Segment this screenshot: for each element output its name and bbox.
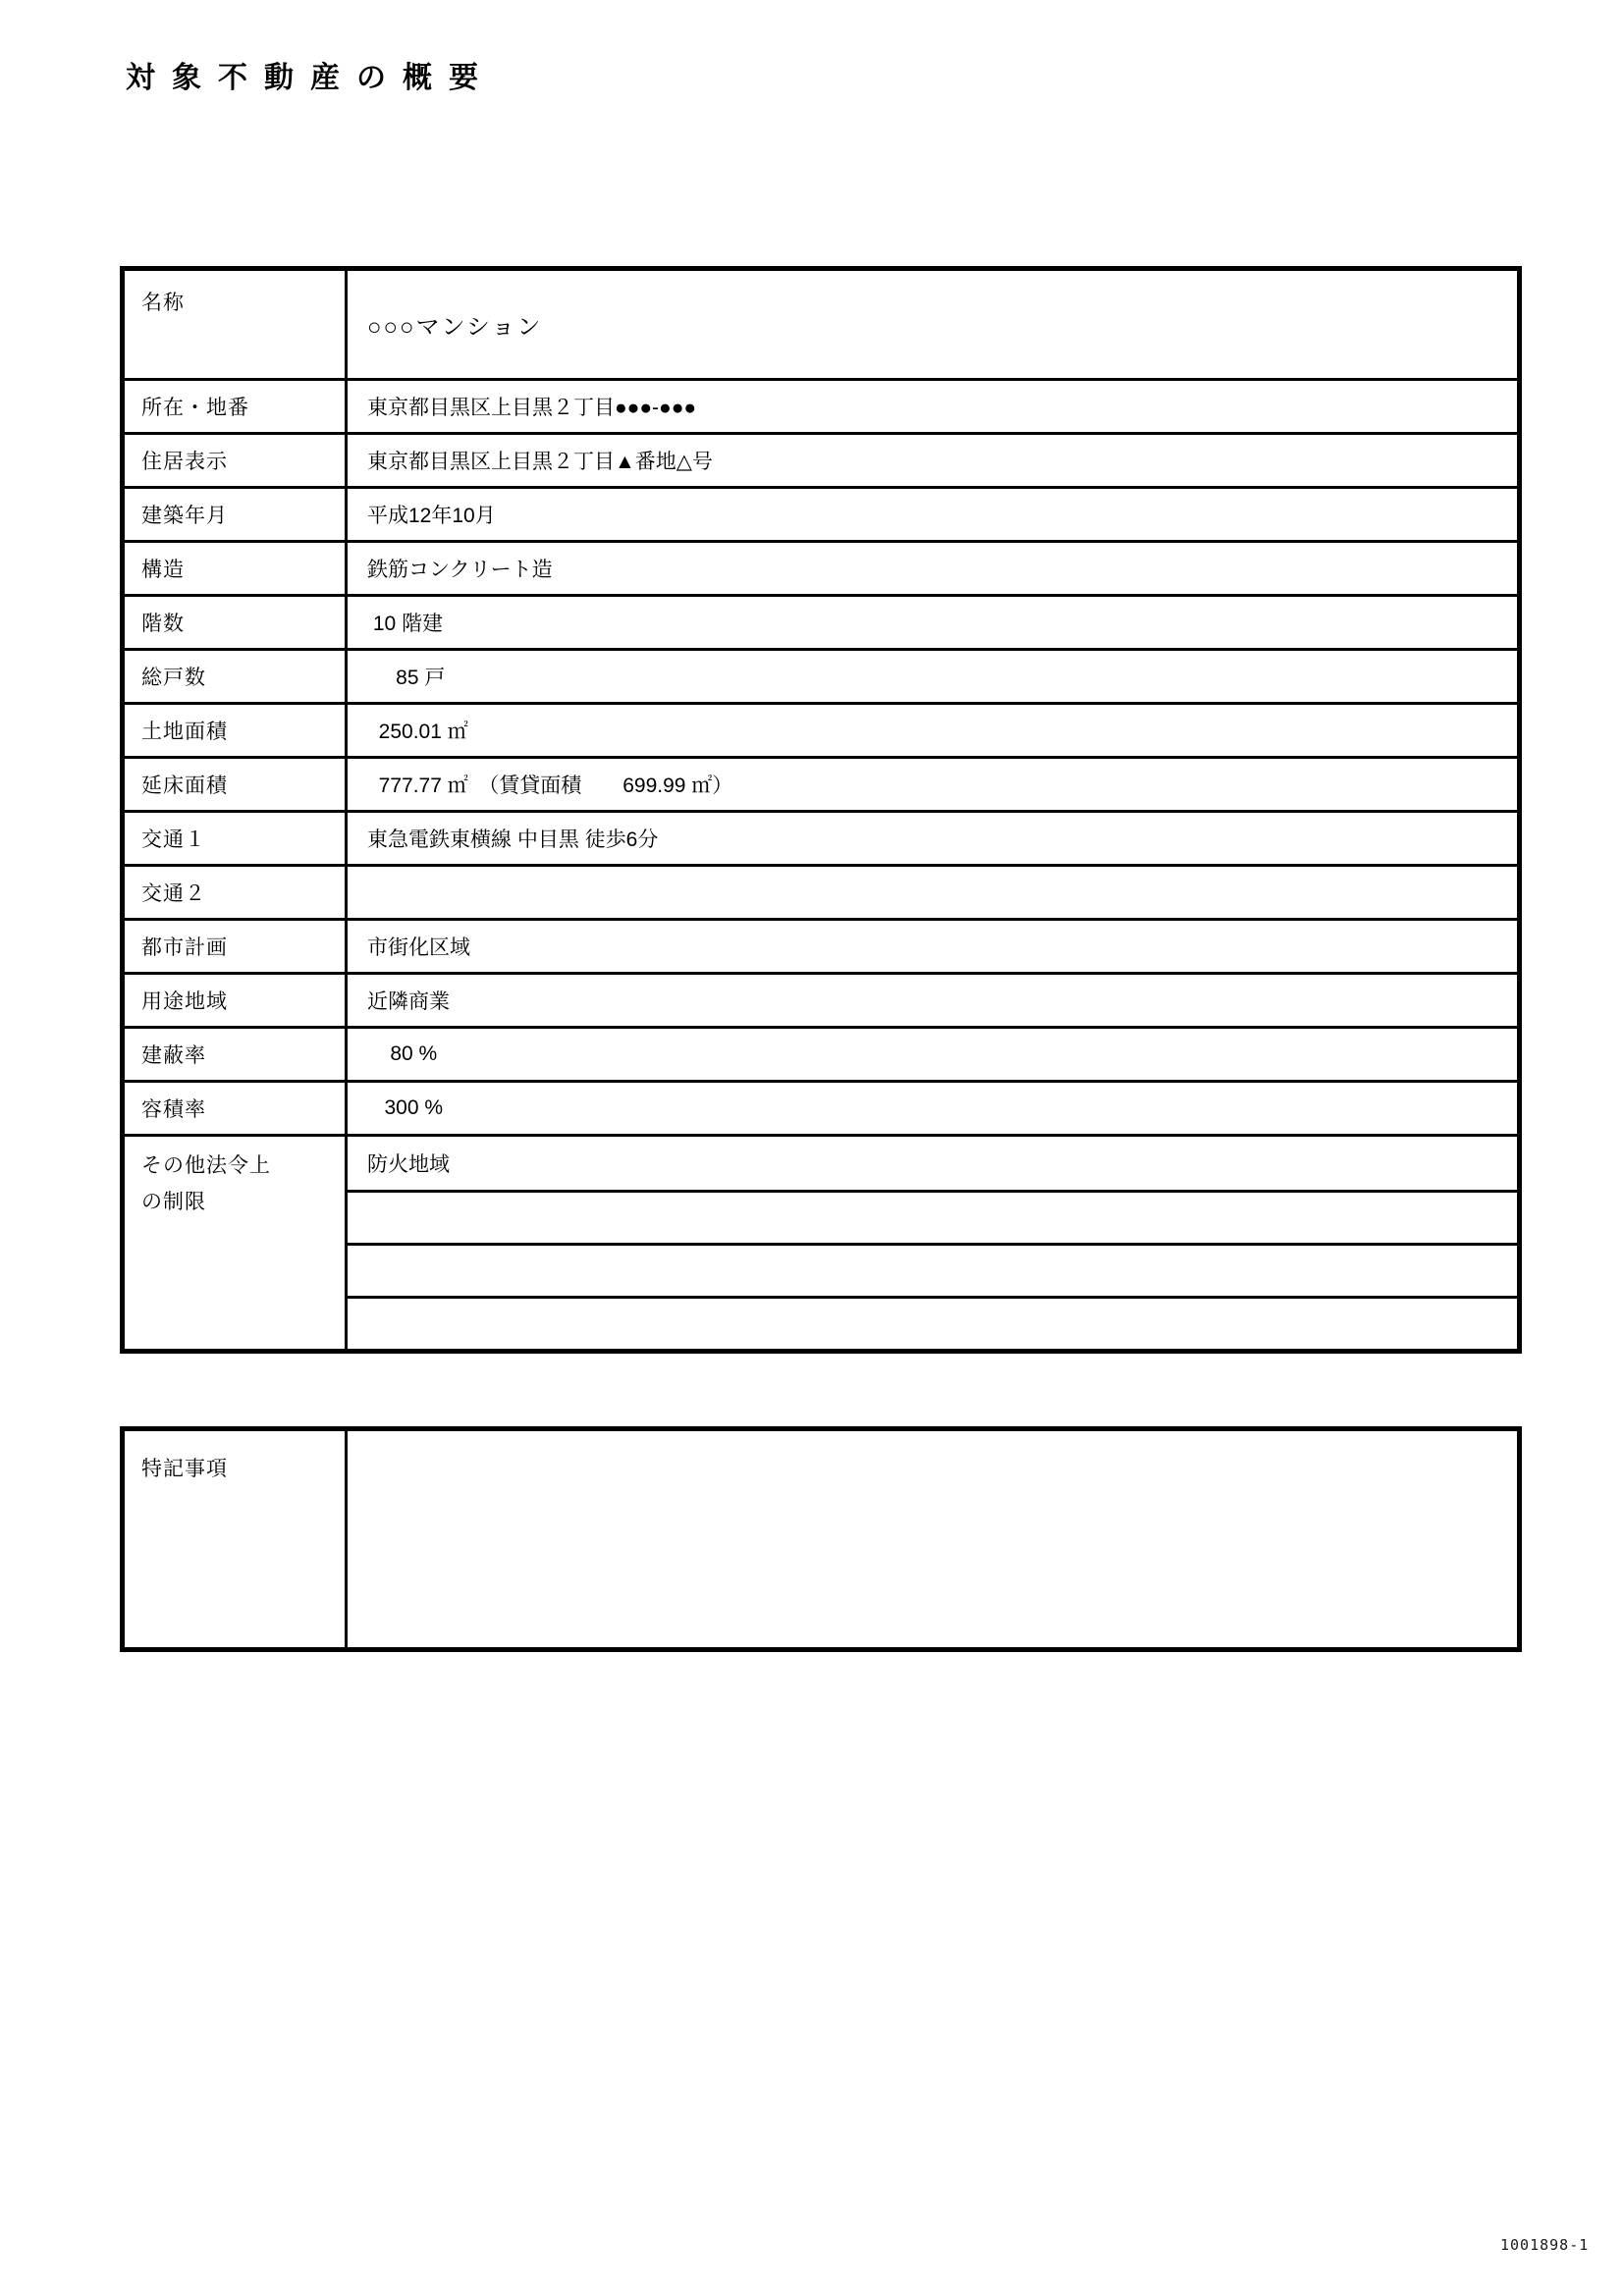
row-value: 東京都目黒区上目黒２丁目▲番地△号 (348, 435, 1517, 486)
row-value: ○○○マンション (348, 271, 1517, 378)
table-row-built-date: 建築年月 平成12年10月 (125, 486, 1517, 540)
restriction-value (348, 1243, 1517, 1296)
table-row-floor-area: 延床面積 777.77 ㎡ （賃貸面積 699.99 ㎡） (125, 756, 1517, 810)
row-value: 平成12年10月 (348, 489, 1517, 540)
row-label: 交通１ (125, 813, 348, 864)
restriction-value: 防火地域 (348, 1137, 1517, 1190)
row-label: 用途地域 (125, 975, 348, 1026)
row-label: 構造 (125, 543, 348, 594)
table-row-transport-1: 交通１ 東急電鉄東横線 中目黒 徒歩6分 (125, 810, 1517, 864)
row-label: 延床面積 (125, 759, 348, 810)
row-label: 総戸数 (125, 651, 348, 702)
row-value: 250.01 ㎡ (348, 705, 1517, 756)
row-label: 所在・地番 (125, 381, 348, 432)
row-label: 都市計画 (125, 921, 348, 972)
row-value: 10 階建 (348, 597, 1517, 648)
table-row-floor-area-ratio: 容積率 300 % (125, 1080, 1517, 1134)
row-label: 交通２ (125, 867, 348, 918)
row-label: その他法令上の制限 (125, 1137, 348, 1349)
table-row-structure: 構造 鉄筋コンクリート造 (125, 540, 1517, 594)
row-value: 80 % (348, 1029, 1517, 1080)
row-value: 85 戸 (348, 651, 1517, 702)
row-label: 土地面積 (125, 705, 348, 756)
restriction-value (348, 1296, 1517, 1349)
table-row-zoning: 用途地域 近隣商業 (125, 972, 1517, 1026)
row-value (348, 867, 1517, 918)
row-label: 容積率 (125, 1083, 348, 1134)
row-label: 建蔽率 (125, 1029, 348, 1080)
row-label: 建築年月 (125, 489, 348, 540)
table-row-floors: 階数 10 階建 (125, 594, 1517, 648)
notes-value (348, 1431, 1517, 1647)
document-number: 1001898-1 (1500, 2236, 1589, 2254)
table-row-other-restrictions: その他法令上の制限 防火地域 (125, 1134, 1517, 1349)
restriction-value (348, 1190, 1517, 1243)
table-row-total-units: 総戸数 85 戸 (125, 648, 1517, 702)
row-label: 名称 (125, 271, 348, 378)
row-value: 東京都目黒区上目黒２丁目●●●-●●● (348, 381, 1517, 432)
row-value: 近隣商業 (348, 975, 1517, 1026)
row-value: 市街化区域 (348, 921, 1517, 972)
document-page: 対象不動産の概要 名称 ○○○マンション 所在・地番 東京都目黒区上目黒２丁目●… (0, 0, 1623, 2296)
table-row-name: 名称 ○○○マンション (125, 271, 1517, 378)
row-label: 住居表示 (125, 435, 348, 486)
restrictions-values: 防火地域 (348, 1137, 1517, 1349)
table-row-transport-2: 交通２ (125, 864, 1517, 918)
row-value: 東急電鉄東横線 中目黒 徒歩6分 (348, 813, 1517, 864)
property-overview-table: 名称 ○○○マンション 所在・地番 東京都目黒区上目黒２丁目●●●-●●● 住居… (120, 266, 1522, 1354)
row-label-text: その他法令上の制限 (141, 1148, 279, 1221)
row-value: 300 % (348, 1083, 1517, 1134)
table-row-coverage-ratio: 建蔽率 80 % (125, 1026, 1517, 1080)
page-title: 対象不動産の概要 (126, 53, 495, 96)
row-value: 777.77 ㎡ （賃貸面積 699.99 ㎡） (348, 759, 1517, 810)
table-row-city-planning: 都市計画 市街化区域 (125, 918, 1517, 972)
table-row-address: 住居表示 東京都目黒区上目黒２丁目▲番地△号 (125, 432, 1517, 486)
row-value: 鉄筋コンクリート造 (348, 543, 1517, 594)
table-row-location: 所在・地番 東京都目黒区上目黒２丁目●●●-●●● (125, 378, 1517, 432)
notes-label: 特記事項 (125, 1431, 348, 1647)
row-label: 階数 (125, 597, 348, 648)
table-row-land-area: 土地面積 250.01 ㎡ (125, 702, 1517, 756)
special-notes-table: 特記事項 (120, 1426, 1522, 1652)
